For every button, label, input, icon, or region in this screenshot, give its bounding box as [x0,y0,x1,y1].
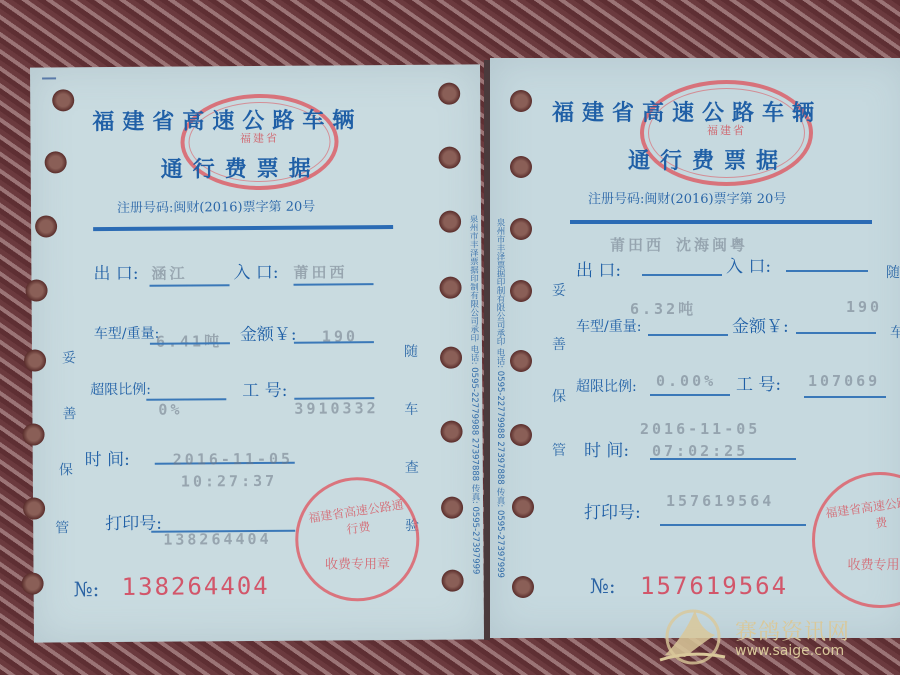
printer-info: 泉州市丰泽票据印制有限公司承印 电话: 0595-22779988 273978… [494,218,506,578]
entry-field-line [786,270,868,272]
entry-label: 入 口: [233,258,278,283]
side-text-left: 妥 [62,347,76,367]
registration-number: 注册号码:闽财(2016)票字第 20号 [117,196,315,216]
entry-label: 入 口: [726,252,771,277]
side-text-left: 妥 [552,280,566,300]
perforation-hole [510,280,532,302]
exit-label: 出 口: [93,259,138,284]
perforation-hole [441,497,463,519]
printed-print-number: 138264404 [163,530,271,549]
perforation-hole [510,90,532,112]
exit-label: 出 口: [576,256,621,281]
staff-id-field-line [804,396,886,398]
perforation-hole [510,350,532,372]
print-number-field-line [660,524,806,526]
round-toll-seal: 福建省高速公路通行费 收费专用章 [812,472,900,608]
perforation-hole [512,576,534,598]
printed-overlimit-ratio: 0.00% [656,372,716,390]
amount-field-line [796,332,876,334]
registration-number: 注册号码:闽财(2016)票字第 20号 [588,188,786,207]
receipt-title-line1: 福建省高速公路车辆 [92,103,362,136]
perforation-hole [440,421,462,443]
printed-time: 10:27:37 [181,472,277,491]
overlimit-ratio-label: 超限比例: [90,379,151,399]
printed-date: 2016-11-05 [173,450,293,469]
printed-exit: 涵江 [151,262,187,283]
toll-receipt-left: 福建省 福建省高速公路车辆 通行费票据 注册号码:闽财(2016)票字第 20号… [30,64,484,642]
header-rule [93,225,393,231]
exit-field-line [150,284,230,287]
watermark-site-name: 赛鸽资讯网 [735,615,850,646]
perforation-hole [52,89,74,111]
perforation-hole [45,151,67,173]
entry-field-line [294,283,374,286]
serial-number: 138264404 [122,572,270,601]
side-text-left: 管 [552,440,566,460]
amount-field-line [294,341,374,344]
perforation-hole [439,211,461,233]
printed-entry: 莆田西 [293,261,347,282]
side-text-right: 随 [404,341,418,361]
perforation-hole [442,570,464,592]
side-text-right: 车 [404,399,418,419]
printed-print-number: 157619564 [666,492,774,510]
watermark-url: www.saige.com [735,643,844,659]
printed-vehicle-weight: 6.41吨 [156,330,222,351]
serial-number-label: №: [590,574,616,598]
perforation-hole [510,424,532,446]
printed-date: 2016-11-05 [640,420,760,438]
perforation-hole [35,215,57,237]
side-text-left: 保 [552,386,566,406]
serial-number: 157619564 [640,572,788,600]
exit-field-line [642,274,722,276]
weight-field-line [648,334,728,336]
time-label: 时 间: [85,445,130,470]
amount-label: 金额￥: [732,312,789,337]
side-text-left: 管 [55,517,69,537]
perforation-hole [439,147,461,169]
side-text-left: 善 [62,403,76,423]
vehicle-weight-label: 车型/重量: [576,316,641,336]
pigeon-logo-icon [655,605,730,665]
perforation-hole [438,83,460,105]
serial-number-label: №: [74,577,100,601]
printed-overlimit-ratio: 0% [158,401,182,419]
receipt-title-line2: 通行费票据 [161,152,321,184]
side-text-right: 车 [890,322,900,342]
printer-info: 泉州市丰泽票据印制有限公司承印 电话: 0595-22779988 273978… [467,214,482,574]
printed-staff-id: 3910332 [294,399,378,418]
corner-mark [42,77,56,79]
print-number-label: 打印号: [584,498,641,523]
side-text-left: 善 [552,334,566,354]
perforation-hole [439,277,461,299]
perforation-hole [22,572,44,594]
perforation-hole [510,156,532,178]
perforation-hole [510,218,532,240]
staff-id-label: 工 号: [242,376,287,401]
side-text-right: 查 [405,457,419,477]
watermark: 赛鸽资讯网 www.saige.com [655,605,900,675]
amount-label: 金额￥: [240,320,297,345]
toll-receipt-right: 福建省 福建省高速公路车辆 通行费票据 注册号码:闽财(2016)票字第 20号… [490,58,900,638]
perforation-hole [440,347,462,369]
side-text-left: 保 [59,459,73,479]
perforation-hole [512,496,534,518]
receipt-title-line1: 福建省高速公路车辆 [552,96,822,127]
round-toll-seal: 福建省高速公路通行费 收费专用章 [295,477,420,602]
vehicle-weight-label: 车型/重量: [94,323,160,343]
time-label: 时 间: [584,436,629,461]
header-rule [570,220,872,224]
printed-amount: 190 [846,298,882,316]
receipt-title-line2: 通行费票据 [628,144,788,175]
perforation-hole [24,349,46,371]
printed-staff-id: 107069 [808,372,880,390]
perforation-hole [22,423,44,445]
side-text-right: 随 [886,262,900,282]
staff-id-label: 工 号: [736,370,781,395]
time-field-line [650,458,796,460]
perforation-hole [25,279,47,301]
ratio-field-line [650,394,730,396]
overlimit-ratio-label: 超限比例: [576,376,637,396]
perforation-hole [23,497,45,519]
ratio-field-line [146,398,226,401]
